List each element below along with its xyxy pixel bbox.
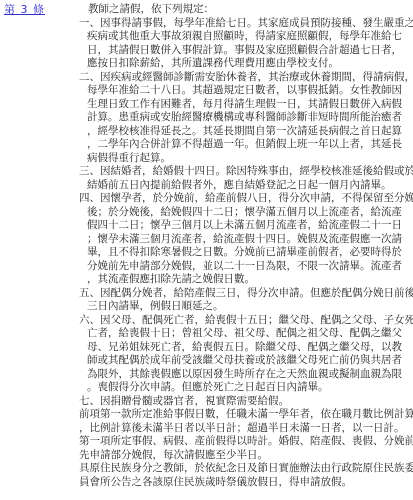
leave-item-continuation-line: 應按日扣除薪給，其所遺課務代理費用應由學校支付。 [87, 57, 413, 71]
leave-item: 五、因配偶分娩者，給陪產假三日，得分次申請。但應於配偶分娩日前後三日內請畢，例假… [79, 287, 413, 314]
leave-item-continuation-line: 結婚前五日內提前給假者外，應自結婚登記之日起一個月內請畢。 [87, 179, 413, 193]
leave-item-continuation-line: 後；於分娩後，給娩假四十二日；懷孕滿五個月以上流產者，給流產 [87, 206, 413, 220]
leave-item-first-line: 二、因疾病或經醫師診斷需安胎休養者，其治療或休養期間，得請病假， [79, 71, 413, 85]
leave-item-continuation-line: 亡者，給喪假十日；曾祖父母、祖父母、配偶之祖父母、配偶之繼父 [87, 327, 413, 341]
leave-item-continuation-line: 病假得重行起算。 [87, 152, 413, 166]
article-paragraph-continuation-line: ，比例計算後未滿半日者以半日計；超過半日未滿一日者，以一日計。 [79, 422, 413, 436]
leave-item-first-line: 四、因懷孕者，於分娩前，給產前假八日，得分次申請，不得保留至分娩 [79, 192, 413, 206]
leave-item-first-line: 五、因配偶分娩者，給陪產假三日，得分次申請。但應於配偶分娩日前後 [79, 287, 413, 301]
leave-item: 三、因結婚者，給婚假十四日。除因特殊事由，經學校核准延後給假或於結婚前五日內提前… [79, 165, 413, 192]
article-paragraph-continuation-line: 員會所公告之各該原住民族歲時祭儀放假日，得申請放假。 [79, 476, 413, 490]
article-paragraph-first-line: 具原住民族身分之教師，於依紀念日及節日實施辦法由行政院原住民族委 [79, 462, 413, 476]
article-items: 一、因事得請事假，每學年准給七日。其家庭成員預防接種、發生嚴重之疾病或其他重大事… [79, 17, 413, 409]
article-paragraph: 第一項所定事假、病假、產前假得以時計。婚假、陪產假、喪假、分娩前先申請部分娩假，… [79, 435, 413, 462]
leave-item-continuation-line: 。喪假得分次申請。但應於死亡之日起百日內請畢。 [87, 381, 413, 395]
article-paragraph: 具原住民族身分之教師，於依紀念日及節日實施辦法由行政院原住民族委員會所公告之各該… [79, 462, 413, 489]
leave-item-continuation-line: ；懷孕未滿三個月流產者，給流產假十四日。娩假及流產假應一次請 [87, 233, 413, 247]
article-number-link[interactable]: 第 3 條 [4, 3, 45, 16]
article-paragraph-continuation-line: 先申請部分娩假，每次請假應至少半日。 [79, 449, 413, 463]
leave-item-continuation-line: 為限外，其餘喪假應以原因發生時所存在之天然血親或擬制血親為限 [87, 368, 413, 382]
article-paragraph: 前項第一款所定准給事假日數，任職未滿一學年者，依在職月數比例計算，比例計算後未滿… [79, 408, 413, 435]
leave-item-first-line: 七、因捐贈骨髓或器官者，視實際需要給假。 [79, 395, 413, 409]
law-article-page: 第 3 條 教師之請假，依下列規定： 一、因事得請事假，每學年准給七日。其家庭成… [0, 0, 413, 500]
leave-item: 二、因疾病或經醫師診斷需安胎休養者，其治療或休養期間，得請病假，每學年准給二十八… [79, 71, 413, 166]
leave-item-continuation-line: ，經學校核准得延長之。其延長期間自第一次請延長病假之首日起算 [87, 125, 413, 139]
leave-item-continuation-line: 生理日致工作有困難者，每月得請生理假一日，其請假日數併入病假 [87, 98, 413, 112]
leave-item-first-line: 六、因父母、配偶死亡者，給喪假十五日；繼父母、配偶之父母、子女死 [79, 314, 413, 328]
leave-item-continuation-line: 計算。患重病或安胎經醫療機構或專科醫師診斷非短時間所能治癒者 [87, 111, 413, 125]
leave-item-continuation-line: 假四十二日；懷孕三個月以上未滿五個月流產者，給流產假二十一日 [87, 219, 413, 233]
article-paragraph-first-line: 第一項所定事假、病假、產前假得以時計。婚假、陪產假、喪假、分娩前 [79, 435, 413, 449]
leave-item-continuation-line: 三日內請畢，例假日順延之。 [87, 300, 413, 314]
leave-item-continuation-line: 師或其配偶於成年前受該繼父母扶養或於該繼父母死亡前仍與共居者 [87, 354, 413, 368]
article-paragraph-first-line: 前項第一款所定准給事假日數，任職未滿一學年者，依在職月數比例計算 [79, 408, 413, 422]
leave-item-continuation-line: ，其流產假應扣除先請之娩假日數。 [87, 273, 413, 287]
leave-item-continuation-line: 日，其請假日數併入事假計算。事假及家庭照顧假合計超過七日者， [87, 44, 413, 58]
leave-item-continuation-line: ，二學年內合併計算不得超過一年。但銷假上班一年以上者，其延長 [87, 138, 413, 152]
leave-item: 七、因捐贈骨髓或器官者，視實際需要給假。 [79, 395, 413, 409]
leave-item-continuation-line: 分娩前先申請部分娩假，並以二十一日為限，不限一次請畢。流產者 [87, 260, 413, 274]
leave-item: 四、因懷孕者，於分娩前，給產前假八日，得分次申請，不得保留至分娩後；於分娩後，給… [79, 192, 413, 287]
leave-item: 一、因事得請事假，每學年准給七日。其家庭成員預防接種、發生嚴重之疾病或其他重大事… [79, 17, 413, 71]
leave-item-first-line: 一、因事得請事假，每學年准給七日。其家庭成員預防接種、發生嚴重之 [79, 17, 413, 31]
leave-item-continuation-line: 母、兄弟姐妹死亡者，給喪假五日。除繼父母、配偶之繼父母，以教 [87, 341, 413, 355]
article-intro: 教師之請假，依下列規定： [88, 3, 413, 17]
leave-item: 六、因父母、配偶死亡者，給喪假十五日；繼父母、配偶之父母、子女死亡者，給喪假十日… [79, 314, 413, 395]
article-body: 教師之請假，依下列規定： 一、因事得請事假，每學年准給七日。其家庭成員預防接種、… [79, 3, 413, 489]
article-paragraphs: 前項第一款所定准給事假日數，任職未滿一學年者，依在職月數比例計算，比例計算後未滿… [79, 408, 413, 489]
leave-item-continuation-line: 疾病或其他重大事故須親自照顧時，得請家庭照顧假，每學年准給七 [87, 30, 413, 44]
leave-item-continuation-line: 畢，且不得扣除寒暑假之日數。分娩前已請畢產前假者，必要時得於 [87, 246, 413, 260]
leave-item-first-line: 三、因結婚者，給婚假十四日。除因特殊事由，經學校核准延後給假或於 [79, 165, 413, 179]
leave-item-continuation-line: 每學年准給二十八日。其超過規定日數者，以事假抵銷。女性教師因 [87, 84, 413, 98]
